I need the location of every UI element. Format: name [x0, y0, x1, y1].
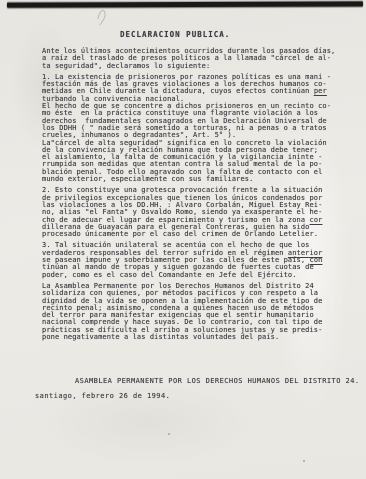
document-paragraph: 1. La existencia de prisioneros por razo… — [42, 74, 338, 183]
document-paragraph: 2. Esto constituye una grotesca provocac… — [42, 187, 338, 238]
pencil-smudge — [95, 6, 113, 26]
paper-speck — [303, 460, 305, 462]
scan-edge-artifact — [7, 1, 363, 7]
document-content: DECLARACION PUBLICA. Ante los últimos ac… — [42, 30, 338, 400]
document-paragraph: 3. Tal situación unilateral se acentúa c… — [42, 242, 338, 278]
signature-organization: ASAMBLEA PERMANENTE POR LOS DERECHOS HUM… — [75, 377, 338, 385]
document-body: Ante los últimos acontecimientos ocurrid… — [42, 48, 338, 341]
scanned-document-page: DECLARACION PUBLICA. Ante los últimos ac… — [0, 0, 366, 479]
document-paragraph: Ante los últimos acontecimientos ocurrid… — [42, 48, 338, 70]
document-paragraph: La Asamblea Permanente por los Derechos … — [42, 283, 338, 341]
signature-place-date: santiago, febrero 26 de 1994. — [35, 392, 338, 400]
paper-speck — [168, 433, 170, 435]
document-title: DECLARACION PUBLICA. — [120, 30, 338, 39]
